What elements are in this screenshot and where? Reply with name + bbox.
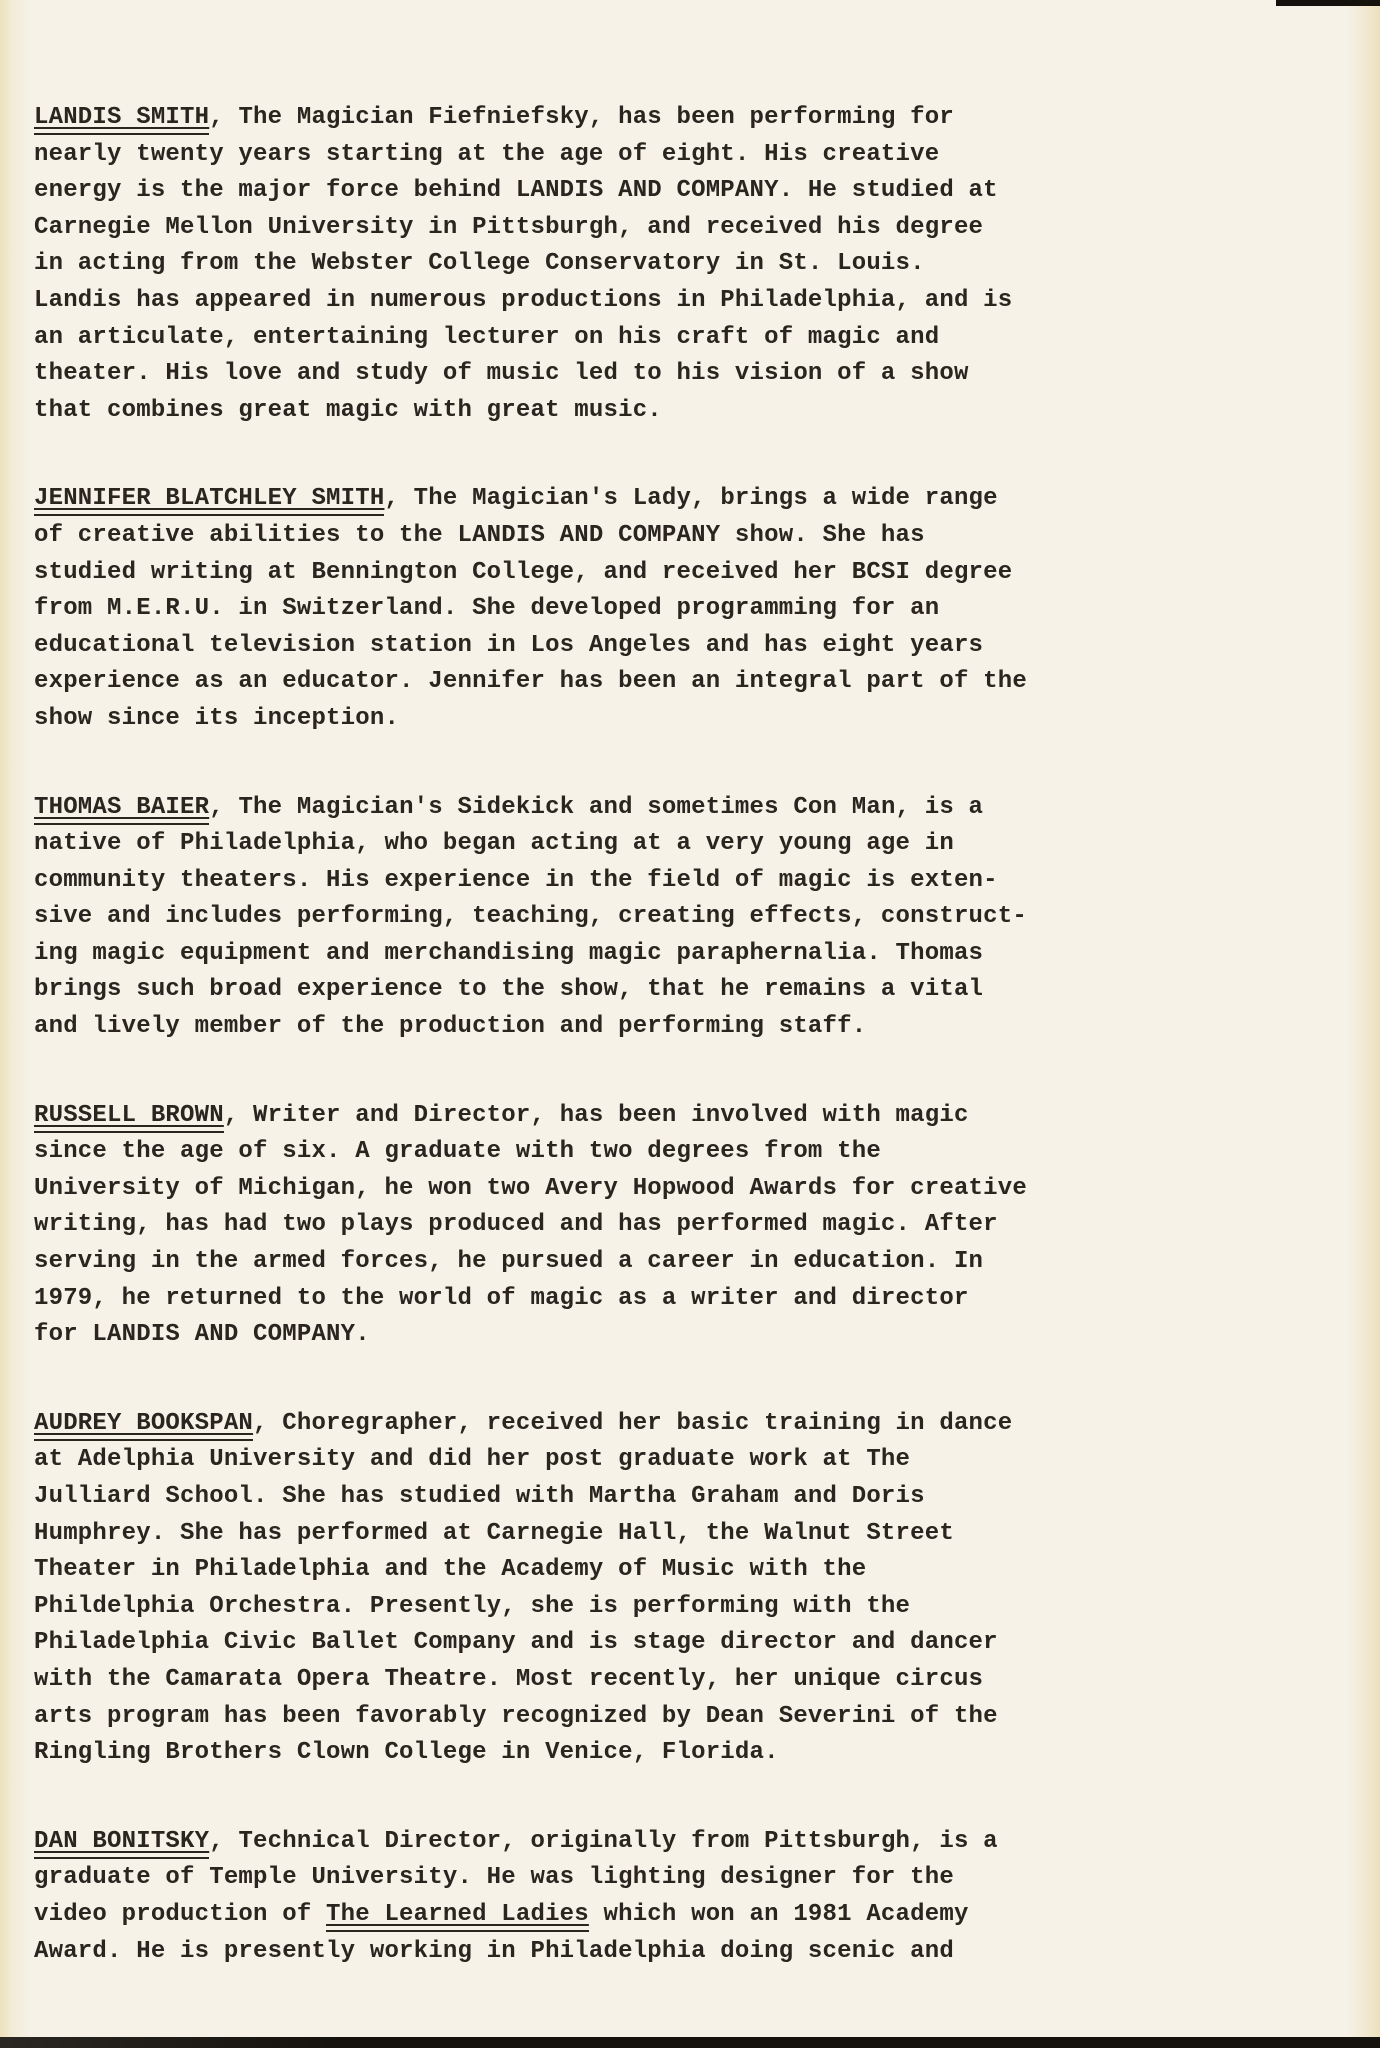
person-name: DAN BONITSKY (34, 1828, 209, 1859)
text-segment: of creative abilities to the LANDIS AND … (34, 522, 925, 549)
text-segment: Carnegie Mellon University in Pittsburgh… (34, 214, 983, 241)
text-line: 1979, he returned to the world of magic … (34, 1281, 1360, 1318)
text-line: since the age of six. A graduate with tw… (34, 1134, 1360, 1171)
text-segment: Award. He is presently working in Philad… (34, 1938, 954, 1965)
text-segment: show since its inception. (34, 705, 399, 732)
text-segment: energy is the major force behind LANDIS … (34, 177, 998, 204)
text-line: of creative abilities to the LANDIS AND … (34, 518, 1360, 555)
bio-paragraph-landis-smith: LANDIS SMITH, The Magician Fiefniefsky, … (34, 100, 1360, 429)
text-segment: native of Philadelphia, who began acting… (34, 830, 954, 857)
person-name: AUDREY BOOKSPAN (34, 1410, 253, 1441)
text-segment: Ringling Brothers Clown College in Venic… (34, 1739, 779, 1766)
text-line: Ringling Brothers Clown College in Venic… (34, 1735, 1360, 1772)
text-segment: for LANDIS AND COMPANY. (34, 1321, 370, 1348)
text-segment: and lively member of the production and … (34, 1013, 866, 1040)
bio-paragraph-dan-bonitsky: DAN BONITSKY, Technical Director, origin… (34, 1824, 1360, 1970)
text-line: Julliard School. She has studied with Ma… (34, 1479, 1360, 1516)
text-segment: in acting from the Webster College Conse… (34, 250, 925, 277)
text-segment: that combines great magic with great mus… (34, 397, 662, 424)
text-segment: which won an 1981 Academy (589, 1901, 969, 1928)
text-line: Humphrey. She has performed at Carnegie … (34, 1516, 1360, 1553)
text-segment: brings such broad experience to the show… (34, 976, 983, 1003)
text-line: Landis has appeared in numerous producti… (34, 283, 1360, 320)
text-line: AUDREY BOOKSPAN, Choregrapher, received … (34, 1406, 1360, 1443)
bio-paragraph-audrey-bookspan: AUDREY BOOKSPAN, Choregrapher, received … (34, 1406, 1360, 1772)
text-line: energy is the major force behind LANDIS … (34, 173, 1360, 210)
text-segment: Julliard School. She has studied with Ma… (34, 1483, 925, 1510)
text-segment: video production of (34, 1901, 326, 1928)
text-line: at Adelphia University and did her post … (34, 1442, 1360, 1479)
text-segment: community theaters. His experience in th… (34, 867, 998, 894)
text-line: Phildelphia Orchestra. Presently, she is… (34, 1589, 1360, 1626)
text-line: from M.E.R.U. in Switzerland. She develo… (34, 591, 1360, 628)
text-line: studied writing at Bennington College, a… (34, 555, 1360, 592)
scan-bottom-edge (0, 2037, 1380, 2048)
bio-paragraph-jennifer-blatchley-smith: JENNIFER BLATCHLEY SMITH, The Magician's… (34, 481, 1360, 737)
text-line: Award. He is presently working in Philad… (34, 1934, 1360, 1971)
text-segment: studied writing at Bennington College, a… (34, 559, 1012, 586)
text-segment: ing magic equipment and merchandising ma… (34, 940, 983, 967)
text-line: community theaters. His experience in th… (34, 863, 1360, 900)
text-segment: writing, has had two plays produced and … (34, 1211, 998, 1238)
text-segment: Theater in Philadelphia and the Academy … (34, 1556, 866, 1583)
text-segment: University of Michigan, he won two Avery… (34, 1175, 1027, 1202)
person-name: LANDIS SMITH (34, 104, 209, 135)
text-segment: 1979, he returned to the world of magic … (34, 1285, 969, 1312)
text-line: sive and includes performing, teaching, … (34, 899, 1360, 936)
text-segment: serving in the armed forces, he pursued … (34, 1248, 983, 1275)
text-segment: experience as an educator. Jennifer has … (34, 668, 1027, 695)
text-segment: theater. His love and study of music led… (34, 360, 969, 387)
text-line: University of Michigan, he won two Avery… (34, 1171, 1360, 1208)
text-line: THOMAS BAIER, The Magician's Sidekick an… (34, 790, 1360, 827)
text-line: native of Philadelphia, who began acting… (34, 826, 1360, 863)
text-line: LANDIS SMITH, The Magician Fiefniefsky, … (34, 100, 1360, 137)
text-line: Philadelphia Civic Ballet Company and is… (34, 1625, 1360, 1662)
typewritten-bio-page: LANDIS SMITH, The Magician Fiefniefsky, … (0, 0, 1380, 2048)
bio-paragraph-russell-brown: RUSSELL BROWN, Writer and Director, has … (34, 1098, 1360, 1354)
text-line: brings such broad experience to the show… (34, 972, 1360, 1009)
text-segment: , The Magician Fiefniefsky, has been per… (209, 104, 954, 131)
person-name: RUSSELL BROWN (34, 1102, 224, 1133)
text-segment: , Writer and Director, has been involved… (224, 1102, 969, 1129)
text-line: writing, has had two plays produced and … (34, 1207, 1360, 1244)
text-segment: Landis has appeared in numerous producti… (34, 287, 1012, 314)
text-segment: since the age of six. A graduate with tw… (34, 1138, 881, 1165)
text-line: DAN BONITSKY, Technical Director, origin… (34, 1824, 1360, 1861)
text-segment: , Choregrapher, received her basic train… (253, 1410, 1012, 1437)
text-line: graduate of Temple University. He was li… (34, 1860, 1360, 1897)
text-line: nearly twenty years starting at the age … (34, 137, 1360, 174)
text-segment: graduate of Temple University. He was li… (34, 1864, 954, 1891)
text-line: for LANDIS AND COMPANY. (34, 1317, 1360, 1354)
text-segment: from M.E.R.U. in Switzerland. She develo… (34, 595, 939, 622)
text-segment: nearly twenty years starting at the age … (34, 141, 939, 168)
text-line: and lively member of the production and … (34, 1009, 1360, 1046)
text-segment: , The Magician's Lady, brings a wide ran… (384, 485, 997, 512)
text-line: serving in the armed forces, he pursued … (34, 1244, 1360, 1281)
text-segment: arts program has been favorably recogniz… (34, 1703, 998, 1730)
text-line: experience as an educator. Jennifer has … (34, 664, 1360, 701)
text-line: Theater in Philadelphia and the Academy … (34, 1552, 1360, 1589)
person-name: THOMAS BAIER (34, 794, 209, 825)
person-name: JENNIFER BLATCHLEY SMITH (34, 485, 384, 516)
underlined-title: The Learned Ladies (326, 1901, 589, 1932)
text-segment: Humphrey. She has performed at Carnegie … (34, 1520, 954, 1547)
text-line: an articulate, entertaining lecturer on … (34, 320, 1360, 357)
text-line: educational television station in Los An… (34, 628, 1360, 665)
text-segment: with the Camarata Opera Theatre. Most re… (34, 1666, 983, 1693)
text-line: video production of The Learned Ladies w… (34, 1897, 1360, 1934)
bio-paragraph-thomas-baier: THOMAS BAIER, The Magician's Sidekick an… (34, 790, 1360, 1046)
text-segment: Phildelphia Orchestra. Presently, she is… (34, 1593, 910, 1620)
text-line: JENNIFER BLATCHLEY SMITH, The Magician's… (34, 481, 1360, 518)
text-segment: an articulate, entertaining lecturer on … (34, 324, 939, 351)
text-line: ing magic equipment and merchandising ma… (34, 936, 1360, 973)
text-segment: Philadelphia Civic Ballet Company and is… (34, 1629, 998, 1656)
document-body: LANDIS SMITH, The Magician Fiefniefsky, … (0, 0, 1380, 1970)
text-line: theater. His love and study of music led… (34, 356, 1360, 393)
text-segment: , The Magician's Sidekick and sometimes … (209, 794, 983, 821)
text-segment: , Technical Director, originally from Pi… (209, 1828, 998, 1855)
text-line: Carnegie Mellon University in Pittsburgh… (34, 210, 1360, 247)
text-line: in acting from the Webster College Conse… (34, 246, 1360, 283)
text-segment: sive and includes performing, teaching, … (34, 903, 1027, 930)
scan-corner-mark (1276, 0, 1380, 6)
text-segment: at Adelphia University and did her post … (34, 1446, 910, 1473)
text-segment: educational television station in Los An… (34, 632, 983, 659)
text-line: RUSSELL BROWN, Writer and Director, has … (34, 1098, 1360, 1135)
text-line: show since its inception. (34, 701, 1360, 738)
text-line: that combines great magic with great mus… (34, 393, 1360, 430)
text-line: with the Camarata Opera Theatre. Most re… (34, 1662, 1360, 1699)
text-line: arts program has been favorably recogniz… (34, 1699, 1360, 1736)
